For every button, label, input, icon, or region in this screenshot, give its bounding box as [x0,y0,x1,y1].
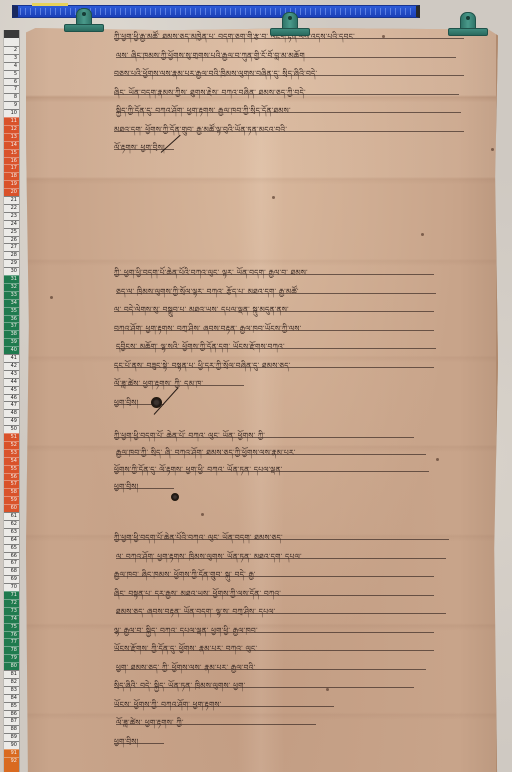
manuscript-line: ལ་ བཀའ་ཤོག་ ཕྱག་རྟགས་ ཁྲིམས་ལུགས་ ཡོན་ཏན… [116,550,446,564]
clip-body [460,12,476,29]
tape-tick: 62 [4,520,19,528]
tape-tick: 87 [4,717,19,725]
tape-tick: 44 [4,378,19,386]
manuscript-line: ཞིང་ བསྟན་པ་ དར་རྒྱས་ མཐའ་ཡས་ ཕྱོགས་ཀྱི་… [114,587,434,601]
manuscript-line: ཅད་ལ་ ཁྲིམས་ལུགས་ཀྱི་སྲོལ་ལྟར་ བཀའ་ རྩོད… [116,285,436,299]
manuscript-line: དབྱིངས་ མཆོག་ ལྷ་སའི་ ཕྱོགས་ཀྱི་དོན་དག་ … [116,340,436,354]
tape-tick: 15 [4,149,19,157]
manuscript-line: ཕྱག་བྲིས། [114,735,164,749]
tape-tick: 31 [4,275,19,283]
binder-clip-left [64,8,104,32]
tape-tick: 38 [4,330,19,338]
manuscript-line: ལོ་ཟླ་ཚེས་ ཕྱག་རྟགས་ ཀྱི་ [116,716,316,730]
tape-tick: 81 [4,670,19,678]
manuscript-line: ལ་ བདེ་ལེགས་སུ་ བསྒྲུབ་པ་ མཐའ་ཡས་ དཔལ་ལྡ… [114,303,434,317]
tape-tick: 10 [4,109,19,117]
tape-tick: 70 [4,583,19,591]
tape-tick: 16 [4,157,19,165]
tape-tick: 91 [4,749,19,757]
manuscript-line: སྲིད་ཞིའི་ བདེ་ སྐྱིད་ ཡོན་ཏན་ ཁྲིམས་ལུག… [114,679,414,693]
tape-tick: 72 [4,599,19,607]
manuscript-line: ཞིང་ ཡོན་བདག་རྣམས་ཀྱིས་ ཐུགས་རྗེས་ བཀའ་བ… [114,86,459,100]
clip-jaw [270,28,310,36]
manuscript-line: ཡོངས་རྫོགས་ ཀྱི་དོན་དུ་ ཕྱོགས་ རྣམ་པར་ བ… [114,642,434,656]
tape-tick: 7 [4,85,19,93]
tape-tick: 8 [4,93,19,101]
tape-tick: 59 [4,496,19,504]
tape-tick: 9 [4,101,19,109]
manuscript-line: ཀྱི་ཕྱག་ཕྱི་བདག་པོ་ ཆེན་པོ་ བཀའ་ ལུང་ ཡོ… [114,429,414,443]
tape-tick: 13 [4,133,19,141]
tape-tick: 69 [4,575,19,583]
tape-tick: 63 [4,528,19,536]
tape-tick: 55 [4,465,19,473]
manuscript-line: རྒྱལ་ཁབ་ཀྱི་ སྲིད་ ཞི་ བཀའ་ཤོག་ ཐམས་ཅད་ཀ… [116,446,426,460]
tape-tick: 54 [4,457,19,465]
manuscript-line: ཕྱོགས་ཀྱི་དོན་དུ་ ལོ་རྟགས་ ཕྱག་ཕྱི་ བཀའ་… [114,463,429,477]
tape-tick: 20 [4,188,19,196]
tape-tick: 65 [4,544,19,552]
manuscript-line: དང་པོ་ནས་ བཟུང་སྟེ་ བསྟན་པ་ ཕྱི་དར་ཀྱི་ས… [114,359,434,373]
tape-tick: 57 [4,480,19,488]
tape-tick: 51 [4,433,19,441]
tape-tick: 74 [4,615,19,623]
ink-speck [491,148,494,151]
tape-tick: 58 [4,488,19,496]
ink-speck [436,458,439,461]
manuscript-line: ལས་ ཞིང་ཁམས་ཀྱི་ཕྱོགས་སུ་གྲགས་པའི་རྒྱལ་བ… [116,49,456,63]
tape-tick: 34 [4,299,19,307]
ruler-label-tag [32,3,68,6]
tape-tick: 76 [4,631,19,639]
ink-speck [382,35,385,38]
tape-tick: 77 [4,638,19,646]
tape-tick: 64 [4,536,19,544]
tape-tick: 48 [4,409,19,417]
binder-clip-center [270,12,310,36]
tape-tick: 75 [4,623,19,631]
clip-body [76,8,92,25]
tape-tick: 6 [4,78,19,86]
seal-mark-section-3 [171,493,179,501]
tape-tick: 88 [4,725,19,733]
tape-tick: 73 [4,607,19,615]
tape-tick: 45 [4,386,19,394]
tape-tick: 12 [4,125,19,133]
tape-tick: 61 [4,512,19,520]
manuscript-line: ཕྱག་ ཐམས་ཅད་ ཀྱི་ ཕྱོགས་ལས་ རྣམ་པར་ རྒྱལ… [116,661,426,675]
measuring-tape: 2345678910111213141516171819202122232425… [3,30,20,772]
manuscript-line: རྒྱལ་ཁབ་ ཞིང་ཁམས་ ཕྱོགས་ཀྱི་དོན་གྲུབ་ སྐ… [114,568,434,582]
manuscript-line: ཀྱི་ ཕྱག་ཕྱི་བདག་པོ་ཆེན་པོའི་བཀའ་ལུང་ ལྟ… [114,266,434,280]
tape-tick: 29 [4,259,19,267]
tape-tick: 52 [4,441,19,449]
tape-tick: 3 [4,54,19,62]
manuscript-line: ཀྱི་ཕྱག་ཕྱི་བདག་པོ་ཆེན་པོའི་བཀའ་ ལུང་ ཡོ… [114,531,449,545]
clip-body [282,12,298,29]
tape-tick: 66 [4,552,19,560]
tape-tick: 47 [4,401,19,409]
tape-tick: 25 [4,228,19,236]
manuscript-line: བཀའ་ཤོག་ ཕྱག་རྟགས་ བཀྲ་ཤིས་ ཞབས་བརྟན་ རྒ… [114,322,434,336]
manuscript-line: ཐམས་ཅད་ ཞབས་བརྟན་ ཡོན་བདག་ ལྷ་ས་ བཀྲ་ཤིས… [116,605,446,619]
manuscript-paper: ཀྱི་ཕྱག་ཕྱི་རྒྱ་མཚོ་ ཐམས་ཅད་མཁྱེན་པ་ བདག… [26,28,498,772]
tape-tick: 80 [4,662,19,670]
tape-tick: 4 [4,62,19,70]
tape-tick: 67 [4,559,19,567]
tape-tick: 2 [4,46,19,54]
tape-tick: 5 [4,70,19,78]
clip-jaw [64,24,104,32]
tape-tick: 21 [4,196,19,204]
tape-tick: 46 [4,394,19,402]
tape-tick: 18 [4,172,19,180]
tape-tick: 60 [4,504,19,512]
tape-tick: 83 [4,686,19,694]
tape-tick: 49 [4,417,19,425]
tape-tick: 27 [4,243,19,251]
tape-tick: 90 [4,741,19,749]
tape-tick: 50 [4,425,19,433]
tape-tick: 43 [4,370,19,378]
manuscript-line: སྐྱིད་ཀྱི་དོན་དུ་ བཀའ་ཤོག་ ཕྱག་རྟགས་ རྒྱ… [116,104,461,118]
tape-tick: 23 [4,212,19,220]
ink-speck [421,233,424,236]
tape-tick: 11 [4,117,19,125]
binder-clip-right [448,12,488,36]
tape-tick: 37 [4,322,19,330]
tape-tick: 82 [4,678,19,686]
manuscript-line: ལྷ་ རྒྱལ་བ་ སྐྱིད་ བཀའ་ དཔལ་ལྡན་ ཕྱག་ཕྱི… [114,624,434,638]
clip-hole [288,16,292,20]
tape-tick: 56 [4,473,19,481]
tape-tick: 33 [4,291,19,299]
tape-tick: 42 [4,362,19,370]
clip-jaw [448,28,488,36]
tape-tick: 36 [4,315,19,323]
clip-hole [466,16,470,20]
ink-speck [272,196,275,199]
tape-tick: 14 [4,141,19,149]
manuscript-line: ཡོངས་ ཕྱོགས་ཀྱི་ བཀའ་ཤོག་ ཕྱག་རྟགས་ [114,698,334,712]
tape-tick: 84 [4,694,19,702]
tape-tick: 17 [4,164,19,172]
tape-tick: 19 [4,180,19,188]
tape-tick: 79 [4,654,19,662]
manuscript-line: ལོ་ཟླ་ཚེས་ ཕྱག་རྟགས་ ཀྱི་ དམ་ཁ་ [114,377,244,391]
tape-tick: 78 [4,646,19,654]
tape-tick: 40 [4,346,19,354]
clip-hole [82,12,86,16]
tape-tick: 41 [4,354,19,362]
tape-tick: 92 [4,757,19,765]
manuscript-line: བཅས་པའི་ཕྱོགས་ལས་རྣམ་པར་རྒྱལ་བའི་ཁྲིམས་ལ… [114,67,464,81]
ink-speck [201,513,204,516]
tape-tick: 86 [4,710,19,718]
manuscript-line: མཐའ་དག་ ཕྱོགས་ཀྱི་དོན་གྲུབ་ རྒྱ་མཚོ་ལྟ་བ… [114,123,464,137]
tape-tick: 32 [4,283,19,291]
tape-tick: 26 [4,236,19,244]
tape-head [4,30,19,38]
tape-tick: 30 [4,267,19,275]
tape-tick: 71 [4,591,19,599]
tape-tick: 24 [4,220,19,228]
tape-tick: 89 [4,733,19,741]
ink-speck [50,296,53,299]
tape-tick: 53 [4,449,19,457]
tape-tick: 39 [4,338,19,346]
tape-tick: 22 [4,204,19,212]
tape-tick: 28 [4,251,19,259]
ink-speck [326,688,329,691]
tape-tick: 35 [4,307,19,315]
manuscript-line: ཕྱག་བྲིས། [114,480,174,494]
tape-tick: 85 [4,702,19,710]
tape-tick: 68 [4,567,19,575]
